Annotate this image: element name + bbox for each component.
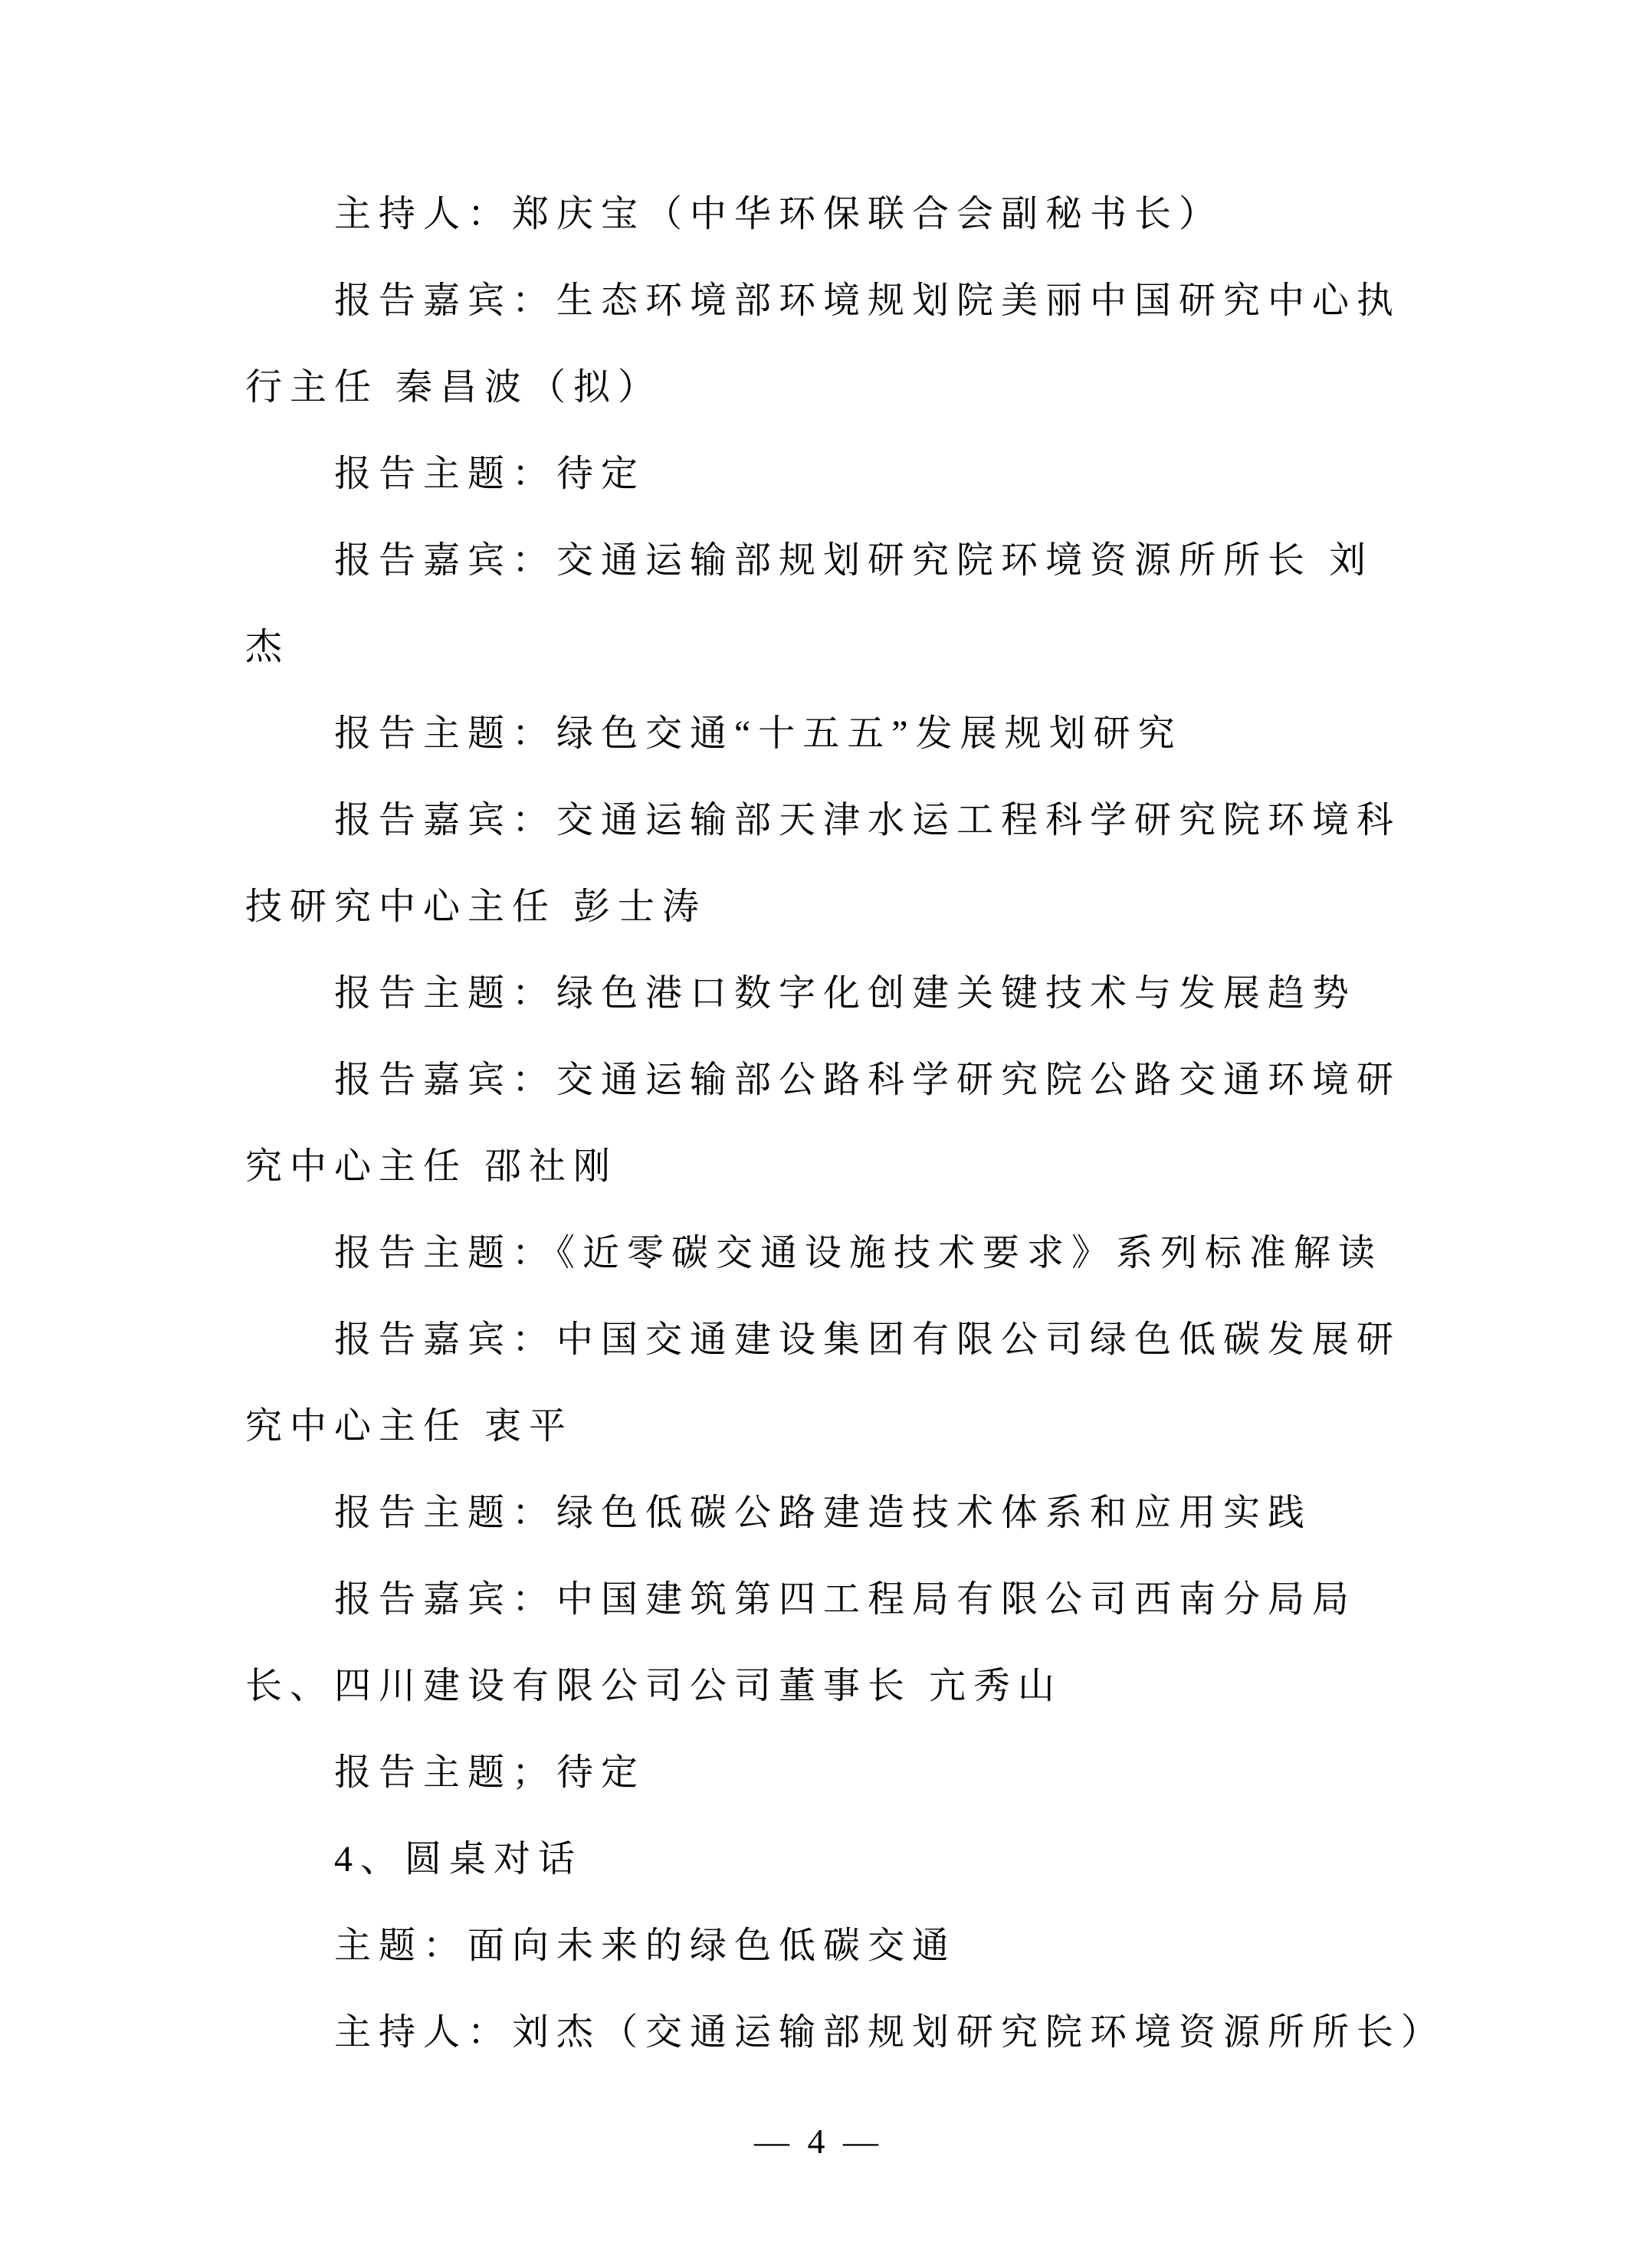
document-line: 报告嘉宾：交通运输部公路科学研究院公路交通环境研 xyxy=(245,1037,1404,1123)
page-number: — 4 — xyxy=(0,2121,1637,2161)
document-line: 主题：面向未来的绿色低碳交通 xyxy=(245,1903,1404,1989)
document-line: 报告嘉宾：中国交通建设集团有限公司绿色低碳发展研 xyxy=(245,1296,1404,1383)
document-line: 杰 xyxy=(245,604,1404,690)
document-line: 报告主题：绿色交通“十五五”发展规划研究 xyxy=(245,690,1404,777)
document-page: 主持人：郑庆宝（中华环保联合会副秘书长）报告嘉宾：生态环境部环境规划院美丽中国研… xyxy=(0,0,1637,2268)
document-line: 究中心主任 衷平 xyxy=(245,1383,1404,1470)
document-line: 报告嘉宾：中国建筑第四工程局有限公司西南分局局 xyxy=(245,1556,1404,1643)
document-line: 报告嘉宾：交通运输部规划研究院环境资源所所长 刘 xyxy=(245,517,1404,604)
document-line: 长、四川建设有限公司公司董事长 亢秀山 xyxy=(245,1643,1404,1729)
document-line: 报告主题；待定 xyxy=(245,1729,1404,1816)
document-line: 报告主题：绿色港口数字化创建关键技术与发展趋势 xyxy=(245,950,1404,1037)
document-line: 报告主题：绿色低碳公路建造技术体系和应用实践 xyxy=(245,1470,1404,1556)
document-line: 技研究中心主任 彭士涛 xyxy=(245,864,1404,950)
document-line: 主持人：刘杰（交通运输部规划研究院环境资源所所长） xyxy=(245,1989,1404,2076)
document-line: 4、圆桌对话 xyxy=(245,1816,1404,1903)
document-line: 报告嘉宾：生态环境部环境规划院美丽中国研究中心执 xyxy=(245,257,1404,344)
body-text: 主持人：郑庆宝（中华环保联合会副秘书长）报告嘉宾：生态环境部环境规划院美丽中国研… xyxy=(245,171,1404,2076)
document-line: 究中心主任 邵社刚 xyxy=(245,1123,1404,1210)
document-line: 报告主题：待定 xyxy=(245,431,1404,517)
document-line: 报告主题：《近零碳交通设施技术要求》系列标准解读 xyxy=(245,1210,1404,1296)
document-line: 行主任 秦昌波（拟） xyxy=(245,344,1404,431)
document-line: 报告嘉宾：交通运输部天津水运工程科学研究院环境科 xyxy=(245,777,1404,864)
document-line: 主持人：郑庆宝（中华环保联合会副秘书长） xyxy=(245,171,1404,257)
